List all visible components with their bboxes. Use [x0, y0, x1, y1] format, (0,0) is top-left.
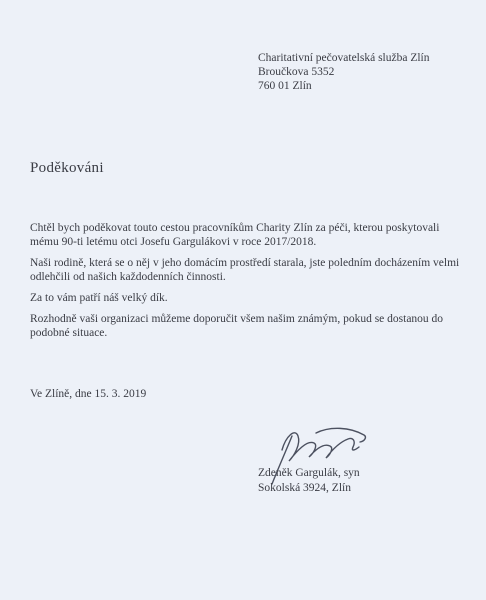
- body-paragraph-2: Naši rodině, která se o něj v jeho domác…: [30, 256, 470, 284]
- recipient-address-line-2: Broučkova 5352: [258, 65, 430, 79]
- signatory-block: Zdeněk Gargulák, syn Sokolská 3924, Zlín: [258, 466, 360, 495]
- body-paragraph-4: Rozhodně vaši organizaci můžeme doporuči…: [30, 312, 470, 340]
- body-paragraph-3: Za to vám patří náš velký dík.: [30, 291, 470, 305]
- letter-page: Charitativní pečovatelská služba Zlín Br…: [0, 0, 486, 600]
- letter-heading: Poděkováni: [30, 160, 104, 177]
- recipient-address-line-1: Charitativní pečovatelská služba Zlín: [258, 51, 430, 65]
- recipient-address-line-3: 760 01 Zlín: [258, 79, 430, 93]
- letter-body: Chtěl bych poděkovat touto cestou pracov…: [30, 221, 470, 347]
- signatory-address: Sokolská 3924, Zlín: [258, 481, 360, 496]
- body-paragraph-1: Chtěl bych poděkovat touto cestou pracov…: [30, 221, 470, 249]
- signatory-name: Zdeněk Gargulák, syn: [258, 466, 360, 481]
- date-line: Ve Zlíně, dne 15. 3. 2019: [30, 388, 146, 400]
- recipient-address: Charitativní pečovatelská služba Zlín Br…: [258, 51, 430, 93]
